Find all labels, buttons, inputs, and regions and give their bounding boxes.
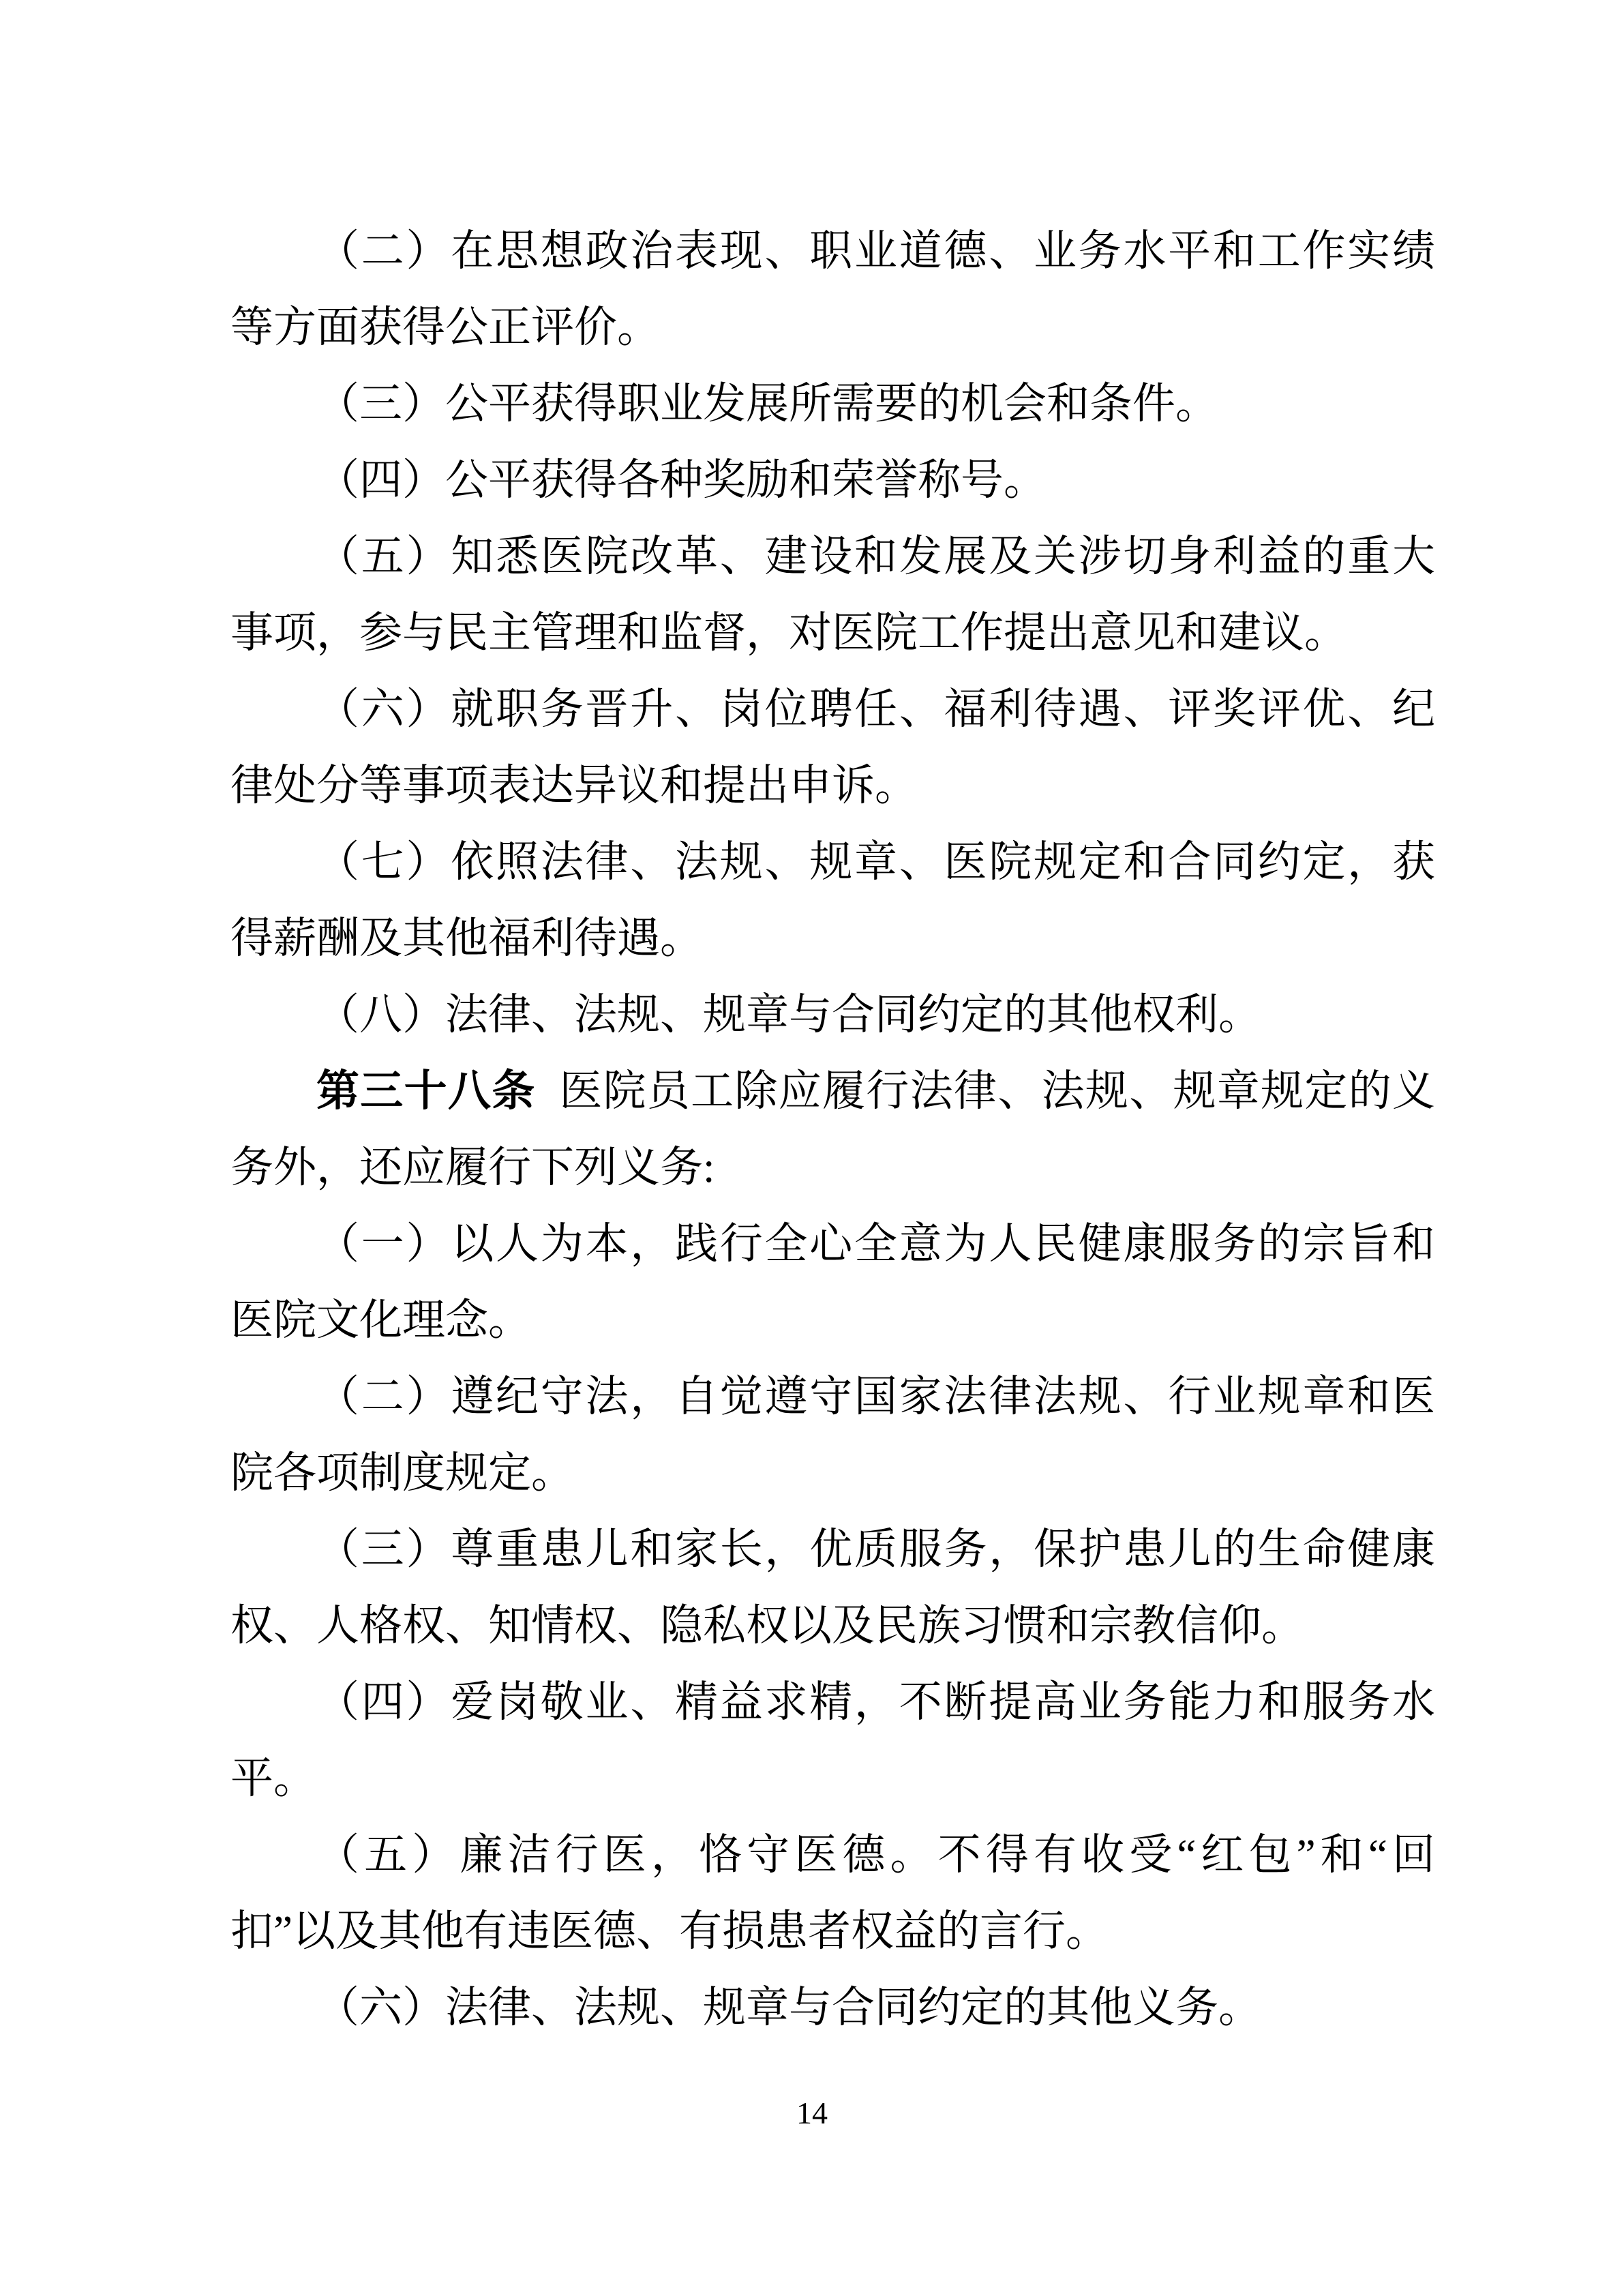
doc-line-duty-3: （三）尊重患儿和家长，优质服务，保护患儿的生命健康 xyxy=(230,1511,1435,1587)
page-number: 14 xyxy=(0,2098,1624,2129)
doc-line-article-38-cont: 务外，还应履行下列义务: xyxy=(230,1129,1435,1206)
doc-line-duty-5: （五）廉洁行医，恪守医德。不得有收受“红包”和“回 xyxy=(230,1817,1435,1893)
article-38-term: 第三十八条 xyxy=(316,1067,536,1115)
doc-line-clause-2-rights-cont: 等方面获得公正评价。 xyxy=(230,289,1435,366)
doc-line-clause-6-rights-cont: 律处分等事项表达异议和提出申诉。 xyxy=(230,747,1435,824)
doc-line-duty-2-cont: 院各项制度规定。 xyxy=(230,1435,1435,1511)
doc-line-duty-1: （一）以人为本，践行全心全意为人民健康服务的宗旨和 xyxy=(230,1206,1435,1282)
doc-line-clause-7-rights-cont: 得薪酬及其他福利待遇。 xyxy=(230,900,1435,976)
doc-line-duty-4-cont: 平。 xyxy=(230,1740,1435,1817)
article-38-lead-text: 医院员工除应履行法律、法规、规章规定的义 xyxy=(559,1067,1435,1115)
doc-line-clause-5-rights: （五）知悉医院改革、建设和发展及关涉切身利益的重大 xyxy=(230,518,1435,595)
doc-line-duty-3-cont: 权、人格权、知情权、隐私权以及民族习惯和宗教信仰。 xyxy=(230,1587,1435,1664)
doc-line-duty-2: （二）遵纪守法，自觉遵守国家法律法规、行业规章和医 xyxy=(230,1358,1435,1435)
doc-line-clause-6-rights: （六）就职务晋升、岗位聘任、福利待遇、评奖评优、纪 xyxy=(230,671,1435,747)
doc-line-clause-2-rights: （二）在思想政治表现、职业道德、业务水平和工作实绩 xyxy=(230,213,1435,289)
doc-line-clause-7-rights: （七）依照法律、法规、规章、医院规定和合同约定，获 xyxy=(230,824,1435,900)
document-page: （二）在思想政治表现、职业道德、业务水平和工作实绩 等方面获得公正评价。 （三）… xyxy=(0,0,1624,2296)
doc-line-duty-6: （六）法律、法规、规章与合同约定的其他义务。 xyxy=(230,1969,1435,2046)
doc-line-duty-5-cont: 扣”以及其他有违医德、有损患者权益的言行。 xyxy=(230,1893,1435,1969)
doc-line-clause-3-rights: （三）公平获得职业发展所需要的机会和条件。 xyxy=(230,366,1435,442)
doc-line-duty-4: （四）爱岗敬业、精益求精，不断提高业务能力和服务水 xyxy=(230,1664,1435,1740)
doc-line-duty-1-cont: 医院文化理念。 xyxy=(230,1282,1435,1358)
doc-line-clause-5-rights-cont: 事项，参与民主管理和监督，对医院工作提出意见和建议。 xyxy=(230,595,1435,671)
doc-line-clause-4-rights: （四）公平获得各种奖励和荣誉称号。 xyxy=(230,442,1435,518)
document-text-block: （二）在思想政治表现、职业道德、业务水平和工作实绩 等方面获得公正评价。 （三）… xyxy=(230,213,1435,2046)
doc-line-clause-8-rights: （八）法律、法规、规章与合同约定的其他权利。 xyxy=(230,976,1435,1053)
doc-line-article-38-heading: 第三十八条医院员工除应履行法律、法规、规章规定的义 xyxy=(230,1053,1435,1129)
